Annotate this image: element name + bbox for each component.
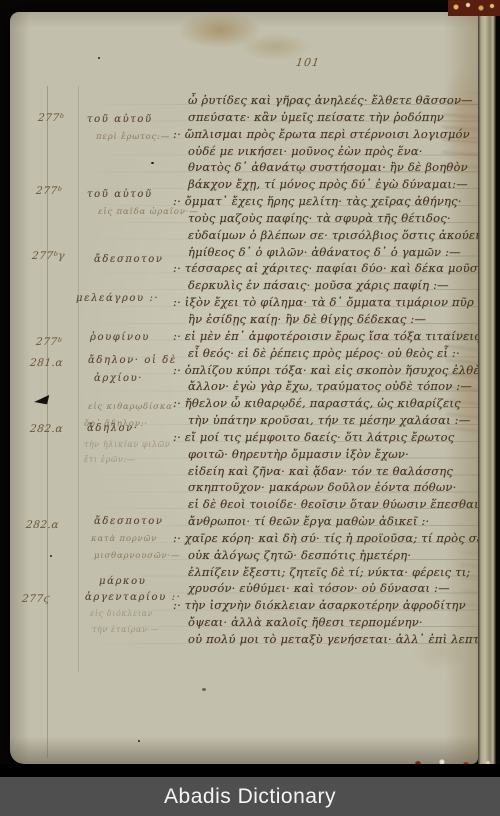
- text-line: :· ἰξὸν ἔχει τὸ φίλημα· τὰ δ᾽ ὄμματα τιμ…: [188, 294, 484, 311]
- manuscript-page: 101 277ᵇ τοῦ αὐτοῦ περὶ ἔρωτος:— 277ᵇ το…: [10, 12, 478, 764]
- text-line: οὐκ ἀλόγως ζητῶ· δεσπότις ἡμετέρη·: [188, 547, 484, 564]
- text-line: :· εἴ μοί τις μέμφοιτο δαείς· ὅτι λάτρις…: [188, 429, 484, 446]
- text-line: :· τέσσαρες αἱ χάριτες· παφίαι δύο· καὶ …: [188, 260, 484, 277]
- text-line: :· εἰ μὲν ἐπ᾽ ἀμφοτέροισιν ἔρως ἴσα τόξα…: [188, 328, 484, 345]
- margin-ref-number: 277ᵇ: [37, 112, 65, 124]
- stain-speck: [202, 688, 206, 691]
- epigram-text-block: ὦ ῥυτίδες καὶ γῆρας ἀνηλεές· ἔλθετε θᾶσσ…: [188, 92, 484, 648]
- margin-ref-number: 282.α: [29, 423, 63, 435]
- margin-lemma: τὴν ἑταίραν·—: [92, 625, 159, 634]
- text-line: :· ὄμματ᾽ ἔχεις ἥρης μελίτη· τὰς χεῖρας …: [188, 193, 484, 210]
- text-line: χρυσόν· εὐθύμει· καὶ τόσον· οὐ δύνασαι :…: [188, 580, 484, 597]
- text-line: ὄψεαι· ἀλλὰ καλοῖς ἤθεσι τερπομένην·: [188, 614, 484, 631]
- ink-speck: [98, 57, 100, 59]
- bottom-shadow-strip: [0, 764, 500, 778]
- text-line: θνατὸς δ᾽ ἀθανάτῳ συστήσομαι· ἢν δὲ βοηθ…: [188, 159, 484, 176]
- margin-attribution: ἄδεσποτον: [94, 516, 164, 527]
- text-line: δερκυλὶς ἐν πάσαις· μοῦσα χάρις παφίη :—: [188, 277, 484, 294]
- text-line: τοὺς μαζοὺς παφίης· τὰ σφυρὰ τῆς θέτιδος…: [188, 210, 484, 227]
- margin-ref-number: 277ϛ: [21, 593, 50, 605]
- margin-lemma: περὶ ἔρωτος:—: [96, 132, 170, 142]
- photo-frame: 101 277ᵇ τοῦ αὐτοῦ περὶ ἔρωτος:— 277ᵇ το…: [0, 0, 500, 816]
- margin-attribution: τοῦ αὐτοῦ: [87, 189, 153, 200]
- text-line: :· ἤθελον ὦ κιθαρῳδέ, παραστάς, ὡς κιθαρ…: [188, 395, 484, 412]
- margin-attribution: ἀρχίου·: [94, 373, 143, 384]
- margin-ref-number: 281.α: [29, 357, 63, 369]
- margin-lemma: μισθαρνουσῶν·—: [94, 551, 180, 561]
- margin-ref-number: 282.α: [25, 519, 59, 531]
- margin-attribution: ἄδηλον· οἱ δὲ: [88, 355, 177, 366]
- margin-attribution: μάρκου: [99, 576, 146, 587]
- caption-text: Abadis Dictionary: [164, 785, 336, 809]
- text-line: εἰ δὲ θεοὶ τοιοίδε· θεοῖσιν ὅταν θύωσιν …: [188, 496, 484, 513]
- text-line: εἶ θεός· εἰ δὲ ῥέπεις πρὸς μέρος· οὐ θεὸ…: [188, 345, 484, 362]
- text-line: :· ὁπλίζου κύπρι τόξα· καὶ εἰς σκοπὸν ἥσ…: [188, 362, 484, 379]
- margin-lemma: τὴν ἡλικίαν φιλῶν: [84, 440, 170, 449]
- text-line: εὐδαίμων ὁ βλέπων σε· τρισόλβιος ὅστις ἀ…: [188, 227, 484, 244]
- text-line: εἰδείη καὶ ζῆνα· καὶ ᾅδαν· τόν τε θαλάσσ…: [188, 463, 484, 480]
- text-line: σκηπτοῦχον· μακάρων δοῦλον ἐόντα πόθων·: [188, 479, 484, 496]
- text-line: ἄλλον· ἐγὼ γὰρ ἔχω, τραύματος οὐδὲ τόπον…: [188, 378, 484, 395]
- margin-attribution: ἀργενταρίου :·: [85, 592, 181, 603]
- folio-number: 101: [295, 56, 321, 69]
- text-line: οὐ πολύ μοι τὸ μεταξὺ γενήσεται· ἀλλ᾽ ἐπ…: [188, 631, 484, 648]
- margin-lemma: κατὰ πορνῶν: [91, 534, 157, 544]
- text-line: ἡμίθεος δ᾽ ὁ φιλῶν· ἀθάνατος δ᾽ ὁ γαμῶν …: [188, 244, 484, 261]
- text-line: φοιτῶ· θηρευτὴρ ὄμμασιν ἰξὸν ἔχων·: [188, 446, 484, 463]
- ink-speck: [50, 555, 52, 557]
- text-line: ἢν ἐσίδῃς καίῃ· ἢν δὲ θίγῃς δέδεκας :—: [188, 311, 484, 328]
- underlying-page-edge: [478, 16, 496, 764]
- ink-speck: [151, 162, 154, 164]
- margin-ref-number: 277ᵇ: [35, 336, 63, 348]
- text-line: σπεύσατε· κἂν ὑμεῖς πείσατε τὴν ῥοδόπην: [188, 109, 484, 126]
- text-line: ἐλπίζειν ἔξεστι; ζητεῖς δὲ τί; νύκτα· φέ…: [188, 564, 484, 581]
- margin-ref-number: 277ᵇγ: [31, 250, 65, 262]
- margin-lemma: εἰς διόκλειαν: [90, 609, 153, 618]
- margin-lemma: εἰς κιθαρῳδίσκα: [88, 402, 173, 412]
- text-line: ὦ ῥυτίδες καὶ γῆρας ἀνηλεές· ἔλθετε θᾶσσ…: [188, 92, 484, 109]
- text-line: :· χαῖρε κόρη· καὶ δὴ σύ· τίς ἡ προϊοῦσα…: [188, 530, 484, 547]
- text-line: οὐδέ με νικήσει· μοῦνος ἐὼν πρὸς ἕνα·: [188, 143, 484, 160]
- text-line: ἄνθρωποι· τί θεῶν ἔργα μαθὼν ἀδικεῖ :·: [188, 513, 484, 530]
- text-line: :· τὴν ἰσχνὴν διόκλειαν ἀσαρκοτέρην ἀφρο…: [188, 597, 484, 614]
- margin-lemma: ἔτι ἐρῶν:—: [84, 455, 135, 464]
- caption-bar: Abadis Dictionary: [0, 777, 500, 816]
- margin-attribution: ἄδεσποτον: [94, 254, 164, 265]
- text-line: βάκχον ἔχῃ, τί μόνος πρὸς δύ᾽ ἐγὼ δύναμα…: [188, 176, 484, 193]
- vertical-rule-inner: [78, 86, 79, 672]
- margin-ref-number: 277ᵇ: [35, 185, 63, 197]
- margin-attribution: τοῦ αὐτοῦ: [87, 114, 153, 125]
- binding-edge-top: [448, 0, 500, 16]
- text-line: :· ὥπλισμαι πρὸς ἔρωτα περὶ στέρνοισι λο…: [188, 126, 484, 143]
- ink-speck: [138, 740, 140, 742]
- margin-attribution: ῥουφίνου: [90, 332, 150, 343]
- text-line: τὴν ὑπάτην κροῦσαι, τήν τε μέσην χαλάσαι…: [188, 412, 484, 429]
- margin-attribution: μελεάγρου :·: [76, 293, 159, 304]
- margin-attribution: ἄδηλον·: [87, 423, 139, 434]
